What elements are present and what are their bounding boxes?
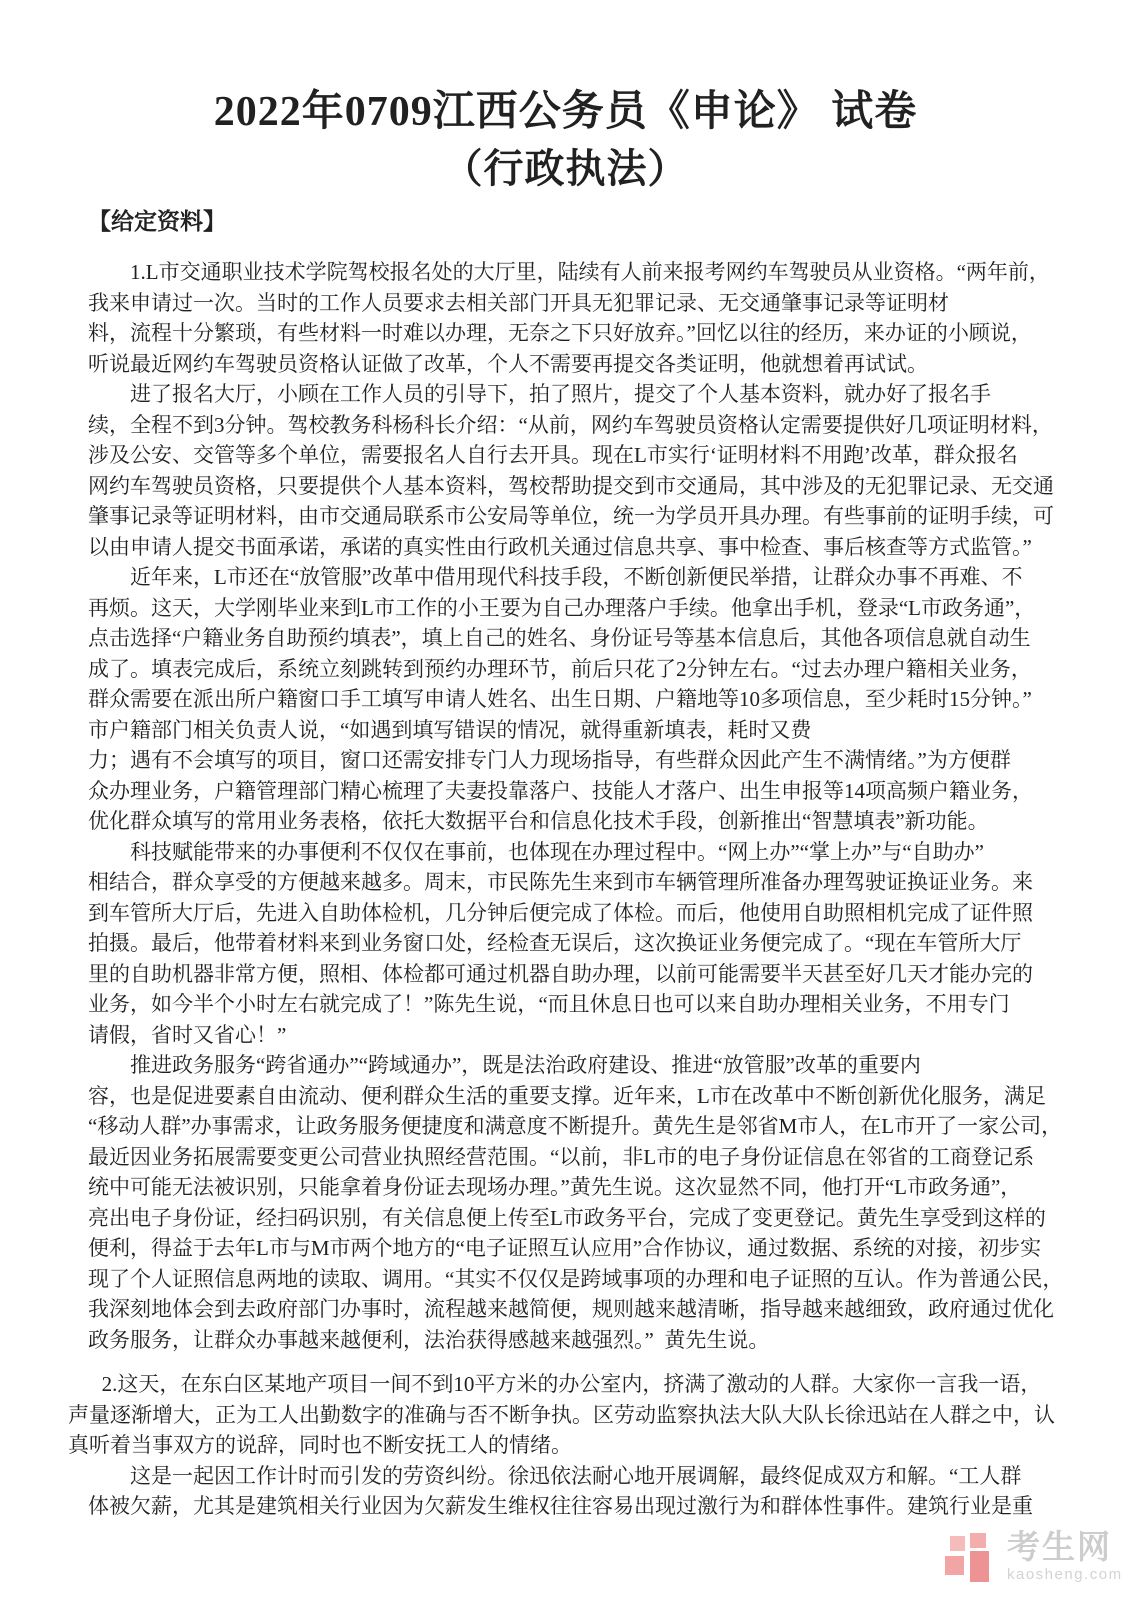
paragraph: 这是一起因工作计时而引发的劳资纠纷。徐迅依法耐心地开展调解，最终促成双方和解。“… <box>88 1461 1131 1522</box>
text-line: 推进政务服务“跨省通办”“跨域通办”，既是法治政府建设、推进“放管服”改革的重要… <box>88 1050 1131 1081</box>
materials-body: 1.L市交通职业技术学院驾校报名处的大厅里，陆续有人前来报考网约车驾驶员从业资格… <box>88 257 1131 1522</box>
text-line: 1.L市交通职业技术学院驾校报名处的大厅里，陆续有人前来报考网约车驾驶员从业资格… <box>88 257 1131 288</box>
text-line: 最近因业务拓展需要变更公司营业执照经营范围。“以前，非L市的电子身份证信息在邻省… <box>88 1142 1131 1173</box>
paragraph: 2.这天，在东白区某地产项目一间不到10平方米的办公室内，挤满了激动的人群。大家… <box>68 1369 1131 1461</box>
site-name: 考生网 <box>1007 1530 1123 1566</box>
text-line: 里的自助机器非常方便，照相、体检都可通过机器自助办理，以前可能需要半天甚至好几天… <box>88 959 1131 990</box>
text-line: “移动人群”办事需求，让政务服务便捷度和满意度不断提升。黄先生是邻省M市人，在L… <box>88 1111 1131 1142</box>
text-line: 以由申请人提交书面承诺，承诺的真实性由行政机关通过信息共享、事中检查、事后核查等… <box>88 532 1131 563</box>
text-line: 点击选择“户籍业务自助预约填表”，填上自己的姓名、身份证号等基本信息后，其他各项… <box>88 623 1131 654</box>
paragraph: 科技赋能带来的办事便利不仅仅在事前，也体现在办理过程中。“网上办”“掌上办”与“… <box>88 837 1131 1051</box>
paragraph: 进了报名大厅，小顾在工作人员的引导下，拍了照片，提交了个人基本资料，就办好了报名… <box>88 379 1131 562</box>
page-title: 2022年0709江西公务员《申论》 试卷 （行政执法） <box>0 88 1131 194</box>
text-line: 拍摄。最后，他带着材料来到业务窗口处，经检查无误后，这次换证业务便完成了。“现在… <box>88 928 1131 959</box>
text-line: 续，全程不到3分钟。驾校教务科杨科长介绍：“从前，网约车驾驶员资格认定需要提供好… <box>88 410 1131 441</box>
text-line: 再烦。这天，大学刚毕业来到L市工作的小王要为自己办理落户手续。他拿出手机，登录“… <box>88 593 1131 624</box>
section-header: 【给定资料】 <box>88 208 1131 236</box>
title-line-2: （行政执法） <box>0 144 1131 194</box>
text-line: 便利，得益于去年L市与M市两个地方的“电子证照互认应用”合作协议，通过数据、系统… <box>88 1233 1131 1264</box>
text-line: 优化群众填写的常用业务表格，依托大数据平台和信息化技术手段，创新推出“智慧填表”… <box>88 806 1131 837</box>
text-line: 现了个人证照信息两地的读取、调用。“其实不仅仅是跨域事项的办理和电子证照的互认。… <box>88 1264 1131 1295</box>
text-line: 政务服务，让群众办事越来越便利，法治获得感越来越强烈。” 黄先生说。 <box>88 1325 1131 1356</box>
kaosheng-logo-text: 考生网 kaosheng.com <box>1007 1530 1123 1584</box>
text-line: 成了。填表完成后，系统立刻跳转到预约办理环节，前后只花了2分钟左右。“过去办理户… <box>88 654 1131 685</box>
text-line: 网约车驾驶员资格，只要提供个人基本资料，驾校帮助提交到市交通局，其中涉及的无犯罪… <box>88 471 1131 502</box>
paragraph: 推进政务服务“跨省通办”“跨域通办”，既是法治政府建设、推进“放管服”改革的重要… <box>88 1050 1131 1355</box>
text-line: 业务，如今半个小时左右就完成了！”陈先生说，“而且休息日也可以来自助办理相关业务… <box>88 989 1131 1020</box>
site-domain: kaosheng.com <box>1007 1566 1123 1584</box>
text-line: 请假，省时又省心！” <box>88 1020 1131 1051</box>
logo-block-bottom-left <box>945 1556 964 1575</box>
text-line: 2.这天，在东白区某地产项目一间不到10平方米的办公室内，挤满了激动的人群。大家… <box>68 1369 1131 1400</box>
text-line: 体被欠薪，尤其是建筑相关行业因为欠薪发生维权往往容易出现过激行为和群体性事件。建… <box>88 1491 1131 1522</box>
text-line: 这是一起因工作计时而引发的劳资纠纷。徐迅依法耐心地开展调解，最终促成双方和解。“… <box>88 1461 1131 1492</box>
text-line: 听说最近网约车驾驶员资格认证做了改革，个人不需要再提交各类证明，他就想着再试试。 <box>88 349 1131 380</box>
text-line: 我来申请过一次。当时的工作人员要求去相关部门开具无犯罪记录、无交通肇事记录等证明… <box>88 288 1131 319</box>
text-line: 群众需要在派出所户籍窗口手工填写申请人姓名、出生日期、户籍地等10多项信息，至少… <box>88 684 1131 715</box>
title-line-1: 2022年0709江西公务员《申论》 试卷 <box>0 88 1131 136</box>
logo-block-bottom-right <box>970 1551 989 1582</box>
text-line: 进了报名大厅，小顾在工作人员的引导下，拍了照片，提交了个人基本资料，就办好了报名… <box>88 379 1131 410</box>
logo-block-top-left <box>950 1536 965 1551</box>
text-line: 统中可能无法被识别，只能拿着身份证去现场办理。”黄先生说。这次显然不同，他打开“… <box>88 1172 1131 1203</box>
text-line: 科技赋能带来的办事便利不仅仅在事前，也体现在办理过程中。“网上办”“掌上办”与“… <box>88 837 1131 868</box>
kaosheng-logo-icon <box>945 1530 993 1584</box>
text-line: 力；遇有不会填写的项目，窗口还需安排专门人力现场指导，有些群众因此产生不满情绪。… <box>88 745 1131 776</box>
text-line: 料，流程十分繁琐，有些材料一时难以办理，无奈之下只好放弃。”回忆以往的经历，来办… <box>88 318 1131 349</box>
paragraph: 1.L市交通职业技术学院驾校报名处的大厅里，陆续有人前来报考网约车驾驶员从业资格… <box>88 257 1131 379</box>
kaosheng-watermark: 考生网 kaosheng.com <box>945 1530 1120 1588</box>
text-line: 真听着当事双方的说辞，同时也不断安抚工人的情绪。 <box>68 1430 1131 1461</box>
text-line: 涉及公安、交管等多个单位，需要报名人自行去开具。现在L市实行‘证明材料不用跑’改… <box>88 440 1131 471</box>
text-line: 近年来，L市还在“放管服”改革中借用现代科技手段，不断创新便民举措，让群众办事不… <box>88 562 1131 593</box>
text-line: 我深刻地体会到去政府部门办事时，流程越来越简便，规则越来越清晰，指导越来越细致，… <box>88 1294 1131 1325</box>
text-line: 肇事记录等证明材料，由市交通局联系市公安局等单位，统一为学员开具办理。有些事前的… <box>88 501 1131 532</box>
paragraph: 近年来，L市还在“放管服”改革中借用现代科技手段，不断创新便民举措，让群众办事不… <box>88 562 1131 837</box>
text-line: 市户籍部门相关负责人说，“如遇到填写错误的情况，就得重新填表，耗时又费 <box>88 715 1131 746</box>
text-line: 声量逐渐增大，正为工人出勤数字的准确与否不断争执。区劳动监察执法大队大队长徐迅站… <box>68 1400 1131 1431</box>
document-page: 2022年0709江西公务员《申论》 试卷 （行政执法） 【给定资料】 1.L市… <box>0 0 1131 1600</box>
text-line: 到车管所大厅后，先进入自助体检机，几分钟后便完成了体检。而后，他使用自助照相机完… <box>88 898 1131 929</box>
text-line: 容，也是促进要素自由流动、便利群众生活的重要支撑。近年来，L市在改革中不断创新优… <box>88 1081 1131 1112</box>
text-line: 相结合，群众享受的方便越来越多。周末，市民陈先生来到市车辆管理所准备办理驾驶证换… <box>88 867 1131 898</box>
logo-block-top-right <box>970 1533 986 1548</box>
text-line: 众办理业务，户籍管理部门精心梳理了夫妻投靠落户、技能人才落户、出生申报等14项高… <box>88 776 1131 807</box>
text-line: 亮出电子身份证，经扫码识别，有关信息便上传至L市政务平台，完成了变更登记。黄先生… <box>88 1203 1131 1234</box>
